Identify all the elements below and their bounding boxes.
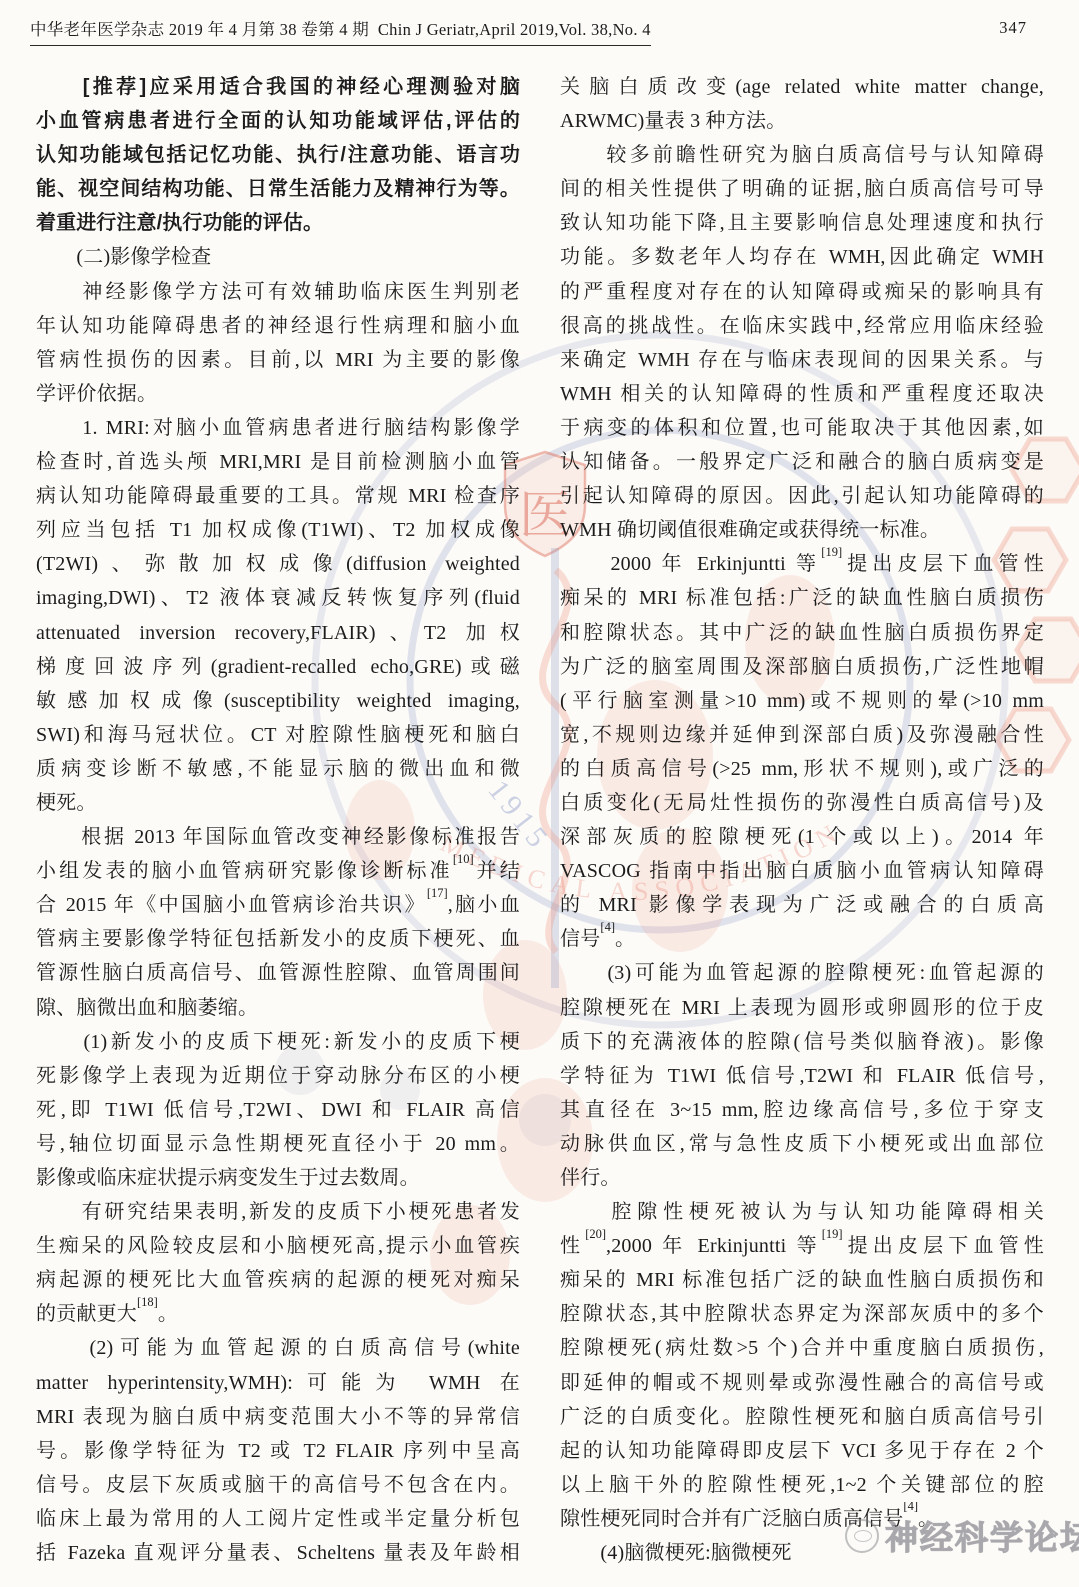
text-line: 腔隙梗死在 MRI 上表现为圆形或卵圆形的位于皮 <box>560 991 1044 1025</box>
text-line: 信号。皮层下灰质或脑干的高信号不包含在内。 <box>36 1468 520 1502</box>
text-line: 括 Fazeka 直观评分量表、Scheltens 量表及年龄相 <box>36 1536 520 1570</box>
right-column: 关脑白质改变(age related white matter change,A… <box>560 70 1044 1570</box>
text-line: 的 MRI 影像学表现为广泛或融合的白质高 <box>560 888 1044 922</box>
text-line: 其直径在 3~15 mm,腔边缘高信号,多位于穿支 <box>560 1093 1044 1127</box>
text-line: WMH 相关的认知障碍的性质和严重程度还取决 <box>560 377 1044 411</box>
text-line: 病认知功能障碍最重要的工具。常规 MRI 检查序 <box>36 479 520 513</box>
text-line: 关脑白质改变(age related white matter change, <box>560 70 1044 104</box>
text-line: imaging,DWI)、T2 液体衰减反转恢复序列(fluid <box>36 581 520 615</box>
text-line: WMH 确切阈值很难确定或获得统一标准。 <box>560 513 1044 547</box>
seal-staff <box>551 548 559 988</box>
text-line: 动脉供血区,常与急性皮质下小梗死或出血部位 <box>560 1127 1044 1161</box>
text-line: VASCOG 指南中指出脑白质脑小血管病认知障碍 <box>560 854 1044 888</box>
text-line: (2)可能为血管起源的白质高信号(white <box>36 1331 520 1365</box>
text-line: 着重进行注意/执行功能的评估。 <box>36 206 520 240</box>
text-line: 腔隙状态,其中腔隙状态界定为深部灰质中的多个 <box>560 1297 1044 1331</box>
text-line: 隙性梗死同时合并有广泛脑白质高信号[4]。 <box>560 1502 1044 1536</box>
page-header: 中华老年医学杂志 2019 年 4 月第 38 卷第 4 期 Chin J Ge… <box>30 16 1049 52</box>
text-line: MRI 表现为脑白质中病变范围大小不等的异常信 <box>36 1400 520 1434</box>
text-line: 神经影像学方法可有效辅助临床医生判别老 <box>36 275 520 309</box>
text-line: 临床上最为常用的人工阅片定性或半定量分析包 <box>36 1502 520 1536</box>
text-line: matter hyperintensity,WMH):可能为 WMH 在 <box>36 1366 520 1400</box>
text-line: 能、视空间结构功能、日常生活能力及精神行为等。 <box>36 172 520 206</box>
text-line: 广泛的白质变化。腔隙性梗死和脑白质高信号引 <box>560 1400 1044 1434</box>
text-line: 痴呆的 MRI 标准包括广泛的缺血性脑白质损伤和 <box>560 1263 1044 1297</box>
text-line: 为广泛的脑室周围及深部脑白质损伤,广泛性地帽 <box>560 650 1044 684</box>
text-line: (4)脑微梗死:脑微梗死 <box>560 1536 1044 1570</box>
page-number: 347 <box>999 18 1027 38</box>
text-line: 梗死。 <box>36 786 520 820</box>
text-line: 号。影像学特征为 T2 或 T2 FLAIR 序列中呈高 <box>36 1434 520 1468</box>
text-line: 影像或临床症状提示病变发生于过去数周。 <box>36 1161 520 1195</box>
text-line: 间的相关性提供了明确的证据,脑白质高信号可导 <box>560 172 1044 206</box>
text-line: 梯度回波序列(gradient-recalled echo,GRE)或磁 <box>36 650 520 684</box>
text-line: 病起源的梗死比大血管疾病的起源的梗死对痴呆 <box>36 1263 520 1297</box>
left-column-body: (二)影像学检查 神经影像学方法可有效辅助临床医生判别老年认知功能障碍患者的神经… <box>36 240 520 1570</box>
text-line: 小血管病患者进行全面的认知功能域评估,评估的 <box>36 104 520 138</box>
text-line: 腔隙性梗死被认为与认知功能障碍相关 <box>560 1195 1044 1229</box>
text-line: 伴行。 <box>560 1161 1044 1195</box>
text-line: 腔隙梗死(病灶数>5 个)合并中重度脑白质损伤, <box>560 1331 1044 1365</box>
text-line: 学评价依据。 <box>36 377 520 411</box>
text-line: 管病性损伤的因素。目前,以 MRI 为主要的影像 <box>36 343 520 377</box>
text-line: 白质变化(无局灶性损伤的弥漫性白质高信号)及 <box>560 786 1044 820</box>
text-line: 即延伸的帽或不规则晕或弥漫性融合的高信号或 <box>560 1366 1044 1400</box>
text-line: 性[20],2000 年 Erkinjuntti 等[19]提出皮层下血管性 <box>560 1229 1044 1263</box>
text-line: 根据 2013 年国际血管改变神经影像标准报告 <box>36 820 520 854</box>
text-line: [推荐]应采用适合我国的神经心理测验对脑 <box>36 70 520 104</box>
text-line: (平行脑室测量>10 mm)或不规则的晕(>10 mm <box>560 684 1044 718</box>
journal-title-cn: 中华老年医学杂志 2019 年 4 月第 38 卷第 4 期 <box>30 20 369 39</box>
text-line: 功能。多数老年人均存在 WMH,因此确定 WMH <box>560 240 1044 274</box>
text-line: 宽,不规则边缘并延伸到深部白质)及弥漫融合性 <box>560 718 1044 752</box>
text-line: attenuated inversion recovery,FLAIR)、T2 … <box>36 616 520 650</box>
text-line: 年认知功能障碍患者的神经退行性病理和脑小血 <box>36 309 520 343</box>
text-line: (二)影像学检查 <box>36 240 520 274</box>
text-line: 管源性脑白质高信号、血管源性腔隙、血管周围间 <box>36 956 520 990</box>
text-line: 引起认知障碍的原因。因此,引起认知功能障碍的 <box>560 479 1044 513</box>
text-line: 质病变诊断不敏感,不能显示脑的微出血和微 <box>36 752 520 786</box>
text-line: 和腔隙状态。其中广泛的缺血性脑白质损伤界定 <box>560 616 1044 650</box>
text-line: 小组发表的脑小血管病研究影像诊断标准[10]并结 <box>36 854 520 888</box>
text-line: 隙、脑微出血和脑萎缩。 <box>36 991 520 1025</box>
text-line: 的贡献更大[18]。 <box>36 1297 520 1331</box>
text-line: 于病变的体积和位置,也可能取决于其他因素,如 <box>560 411 1044 445</box>
text-line: 认知功能域包括记忆功能、执行/注意功能、语言功 <box>36 138 520 172</box>
recommendation-paragraph: [推荐]应采用适合我国的神经心理测验对脑小血管病患者进行全面的认知功能域评估,评… <box>36 70 520 240</box>
journal-title: 中华老年医学杂志 2019 年 4 月第 38 卷第 4 期 Chin J Ge… <box>30 16 651 46</box>
text-line: 致认知功能下降,且主要影响信息处理速度和执行 <box>560 206 1044 240</box>
text-line: 认知储备。一般界定广泛和融合的脑白质病变是 <box>560 445 1044 479</box>
text-line: 生痴呆的风险较皮层和小脑梗死高,提示小血管疾 <box>36 1229 520 1263</box>
text-line: 质下的充满液体的腔隙(信号类似脑脊液)。影像 <box>560 1025 1044 1059</box>
text-line: 较多前瞻性研究为脑白质高信号与认知障碍 <box>560 138 1044 172</box>
text-line: 列应当包括 T1 加权成像(T1WI)、T2 加权成像 <box>36 513 520 547</box>
text-line: 学特征为 T1WI 低信号,T2WI 和 FLAIR 低信号, <box>560 1059 1044 1093</box>
text-line: 死影像学上表现为近期位于穿动脉分布区的小梗 <box>36 1059 520 1093</box>
text-line: 痴呆的 MRI 标准包括:广泛的缺血性脑白质损伤 <box>560 581 1044 615</box>
text-line: (1)新发小的皮质下梗死:新发小的皮质下梗 <box>36 1025 520 1059</box>
text-line: 2000 年 Erkinjuntti 等[19]提出皮层下血管性 <box>560 547 1044 581</box>
text-line: 有研究结果表明,新发的皮质下小梗死患者发 <box>36 1195 520 1229</box>
text-line: (3)可能为血管起源的腔隙梗死:血管起源的 <box>560 956 1044 990</box>
text-line: 以上脑干外的腔隙性梗死,1~2 个关键部位的腔 <box>560 1468 1044 1502</box>
text-line: SWI)和海马冠状位。CT 对腔隙性脑梗死和脑白 <box>36 718 520 752</box>
text-line: (T2WI)、弥散加权成像(diffusion weighted <box>36 547 520 581</box>
text-line: 的严重程度对存在的认知障碍或痴呆的影响具有 <box>560 275 1044 309</box>
left-column: [推荐]应采用适合我国的神经心理测验对脑小血管病患者进行全面的认知功能域评估,评… <box>36 70 520 1570</box>
text-line: 检查时,首选头颅 MRI,MRI 是目前检测脑小血管 <box>36 445 520 479</box>
text-line: 起的认知功能障碍即皮层下 VCI 多见于存在 2 个 <box>560 1434 1044 1468</box>
text-line: ARWMC)量表 3 种方法。 <box>560 104 1044 138</box>
text-line: 来确定 WMH 存在与临床表现间的因果关系。与 <box>560 343 1044 377</box>
text-line: 管病主要影像学特征包括新发小的皮质下梗死、血 <box>36 922 520 956</box>
text-line: 深部灰质的腔隙梗死(1 个或以上)。2014 年 <box>560 820 1044 854</box>
text-line: 的白质高信号(>25 mm,形状不规则),或广泛的 <box>560 752 1044 786</box>
text-line: 很高的挑战性。在临床实践中,经常应用临床经验 <box>560 309 1044 343</box>
journal-title-en: Chin J Geriatr,April 2019,Vol. 38,No. 4 <box>378 20 651 39</box>
text-line: 敏感加权成像(susceptibility weighted imaging, <box>36 684 520 718</box>
text-line: 1. MRI:对脑小血管病患者进行脑结构影像学 <box>36 411 520 445</box>
text-line: 合 2015 年《中国脑小血管病诊治共识》[17],脑小血 <box>36 888 520 922</box>
text-line: 号,轴位切面显示急性期梗死直径小于 20 mm。 <box>36 1127 520 1161</box>
text-line: 死,即 T1WI 低信号,T2WI、DWI 和 FLAIR 高信 <box>36 1093 520 1127</box>
text-line: 信号[4]。 <box>560 922 1044 956</box>
journal-page: { "colors": { "seal_red": "#d4604a", "se… <box>0 0 1079 1587</box>
